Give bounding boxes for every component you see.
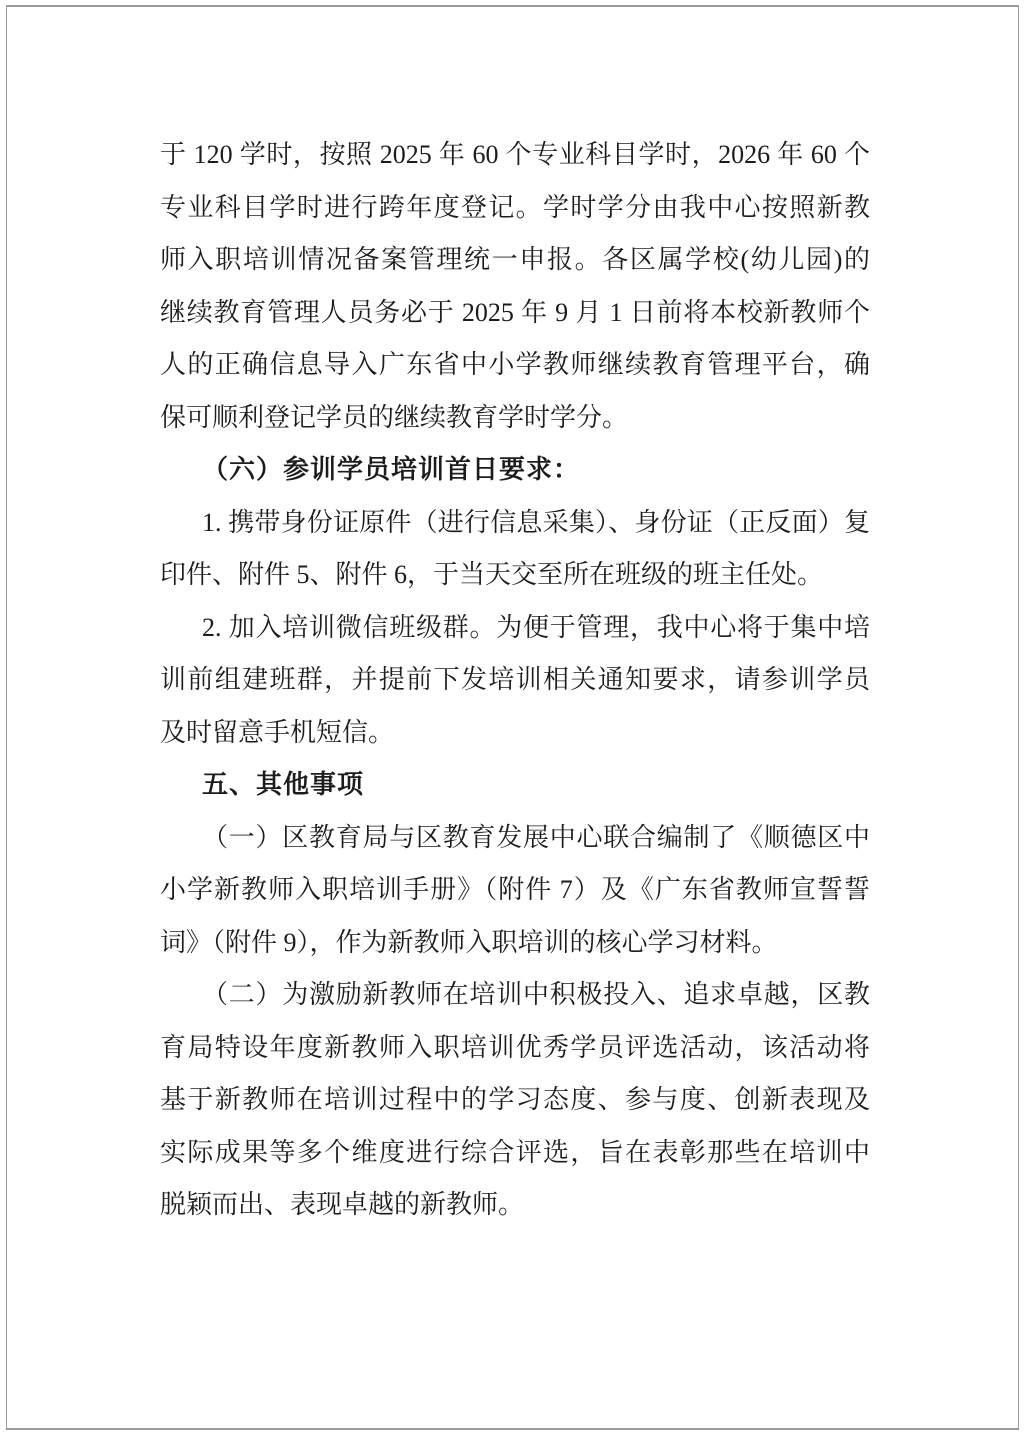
- text-line: （二）为激励新教师在培训中积极投入、追求卓越，区教: [160, 969, 870, 1022]
- text-line: 于 120 学时，按照 2025 年 60 个专业科目学时，2026 年 60 …: [160, 129, 870, 182]
- text-line: 人的正确信息导入广东省中小学教师继续教育管理平台，确: [160, 339, 870, 392]
- text-line: 师入职培训情况备案管理统一申报。各区属学校(幼儿园)的: [160, 234, 870, 287]
- heading-line: （六）参训学员培训首日要求：: [160, 444, 870, 497]
- text-line: 训前组建班群，并提前下发培训相关通知要求，请参训学员: [160, 654, 870, 707]
- text-line: 实际成果等多个维度进行综合评选，旨在表彰那些在培训中: [160, 1127, 870, 1180]
- text-line: 专业科目学时进行跨年度登记。学时学分由我中心按照新教: [160, 182, 870, 235]
- text-line: 1. 携带身份证原件（进行信息采集）、身份证（正反面）复: [160, 497, 870, 550]
- text-line: （一）区教育局与区教育发展中心联合编制了《顺德区中: [160, 812, 870, 865]
- text-line: 脱颖而出、表现卓越的新教师。: [160, 1179, 870, 1232]
- text-line: 及时留意手机短信。: [160, 707, 870, 760]
- text-line: 继续教育管理人员务必于 2025 年 9 月 1 日前将本校新教师个: [160, 287, 870, 340]
- text-line: 保可顺利登记学员的继续教育学时学分。: [160, 392, 870, 445]
- text-line: 育局特设年度新教师入职培训优秀学员评选活动，该活动将: [160, 1022, 870, 1075]
- heading-line: 五、其他事项: [160, 759, 870, 812]
- document-body: 于 120 学时，按照 2025 年 60 个专业科目学时，2026 年 60 …: [160, 129, 870, 1232]
- text-line: 小学新教师入职培训手册》（附件 7）及《广东省教师宣誓誓: [160, 864, 870, 917]
- text-line: 2. 加入培训微信班级群。为便于管理，我中心将于集中培: [160, 602, 870, 655]
- document-page: 于 120 学时，按照 2025 年 60 个专业科目学时，2026 年 60 …: [0, 0, 1024, 1442]
- text-line: 词》（附件 9），作为新教师入职培训的核心学习材料。: [160, 917, 870, 970]
- text-line: 印件、附件 5、附件 6，于当天交至所在班级的班主任处。: [160, 549, 870, 602]
- text-line: 基于新教师在培训过程中的学习态度、参与度、创新表现及: [160, 1074, 870, 1127]
